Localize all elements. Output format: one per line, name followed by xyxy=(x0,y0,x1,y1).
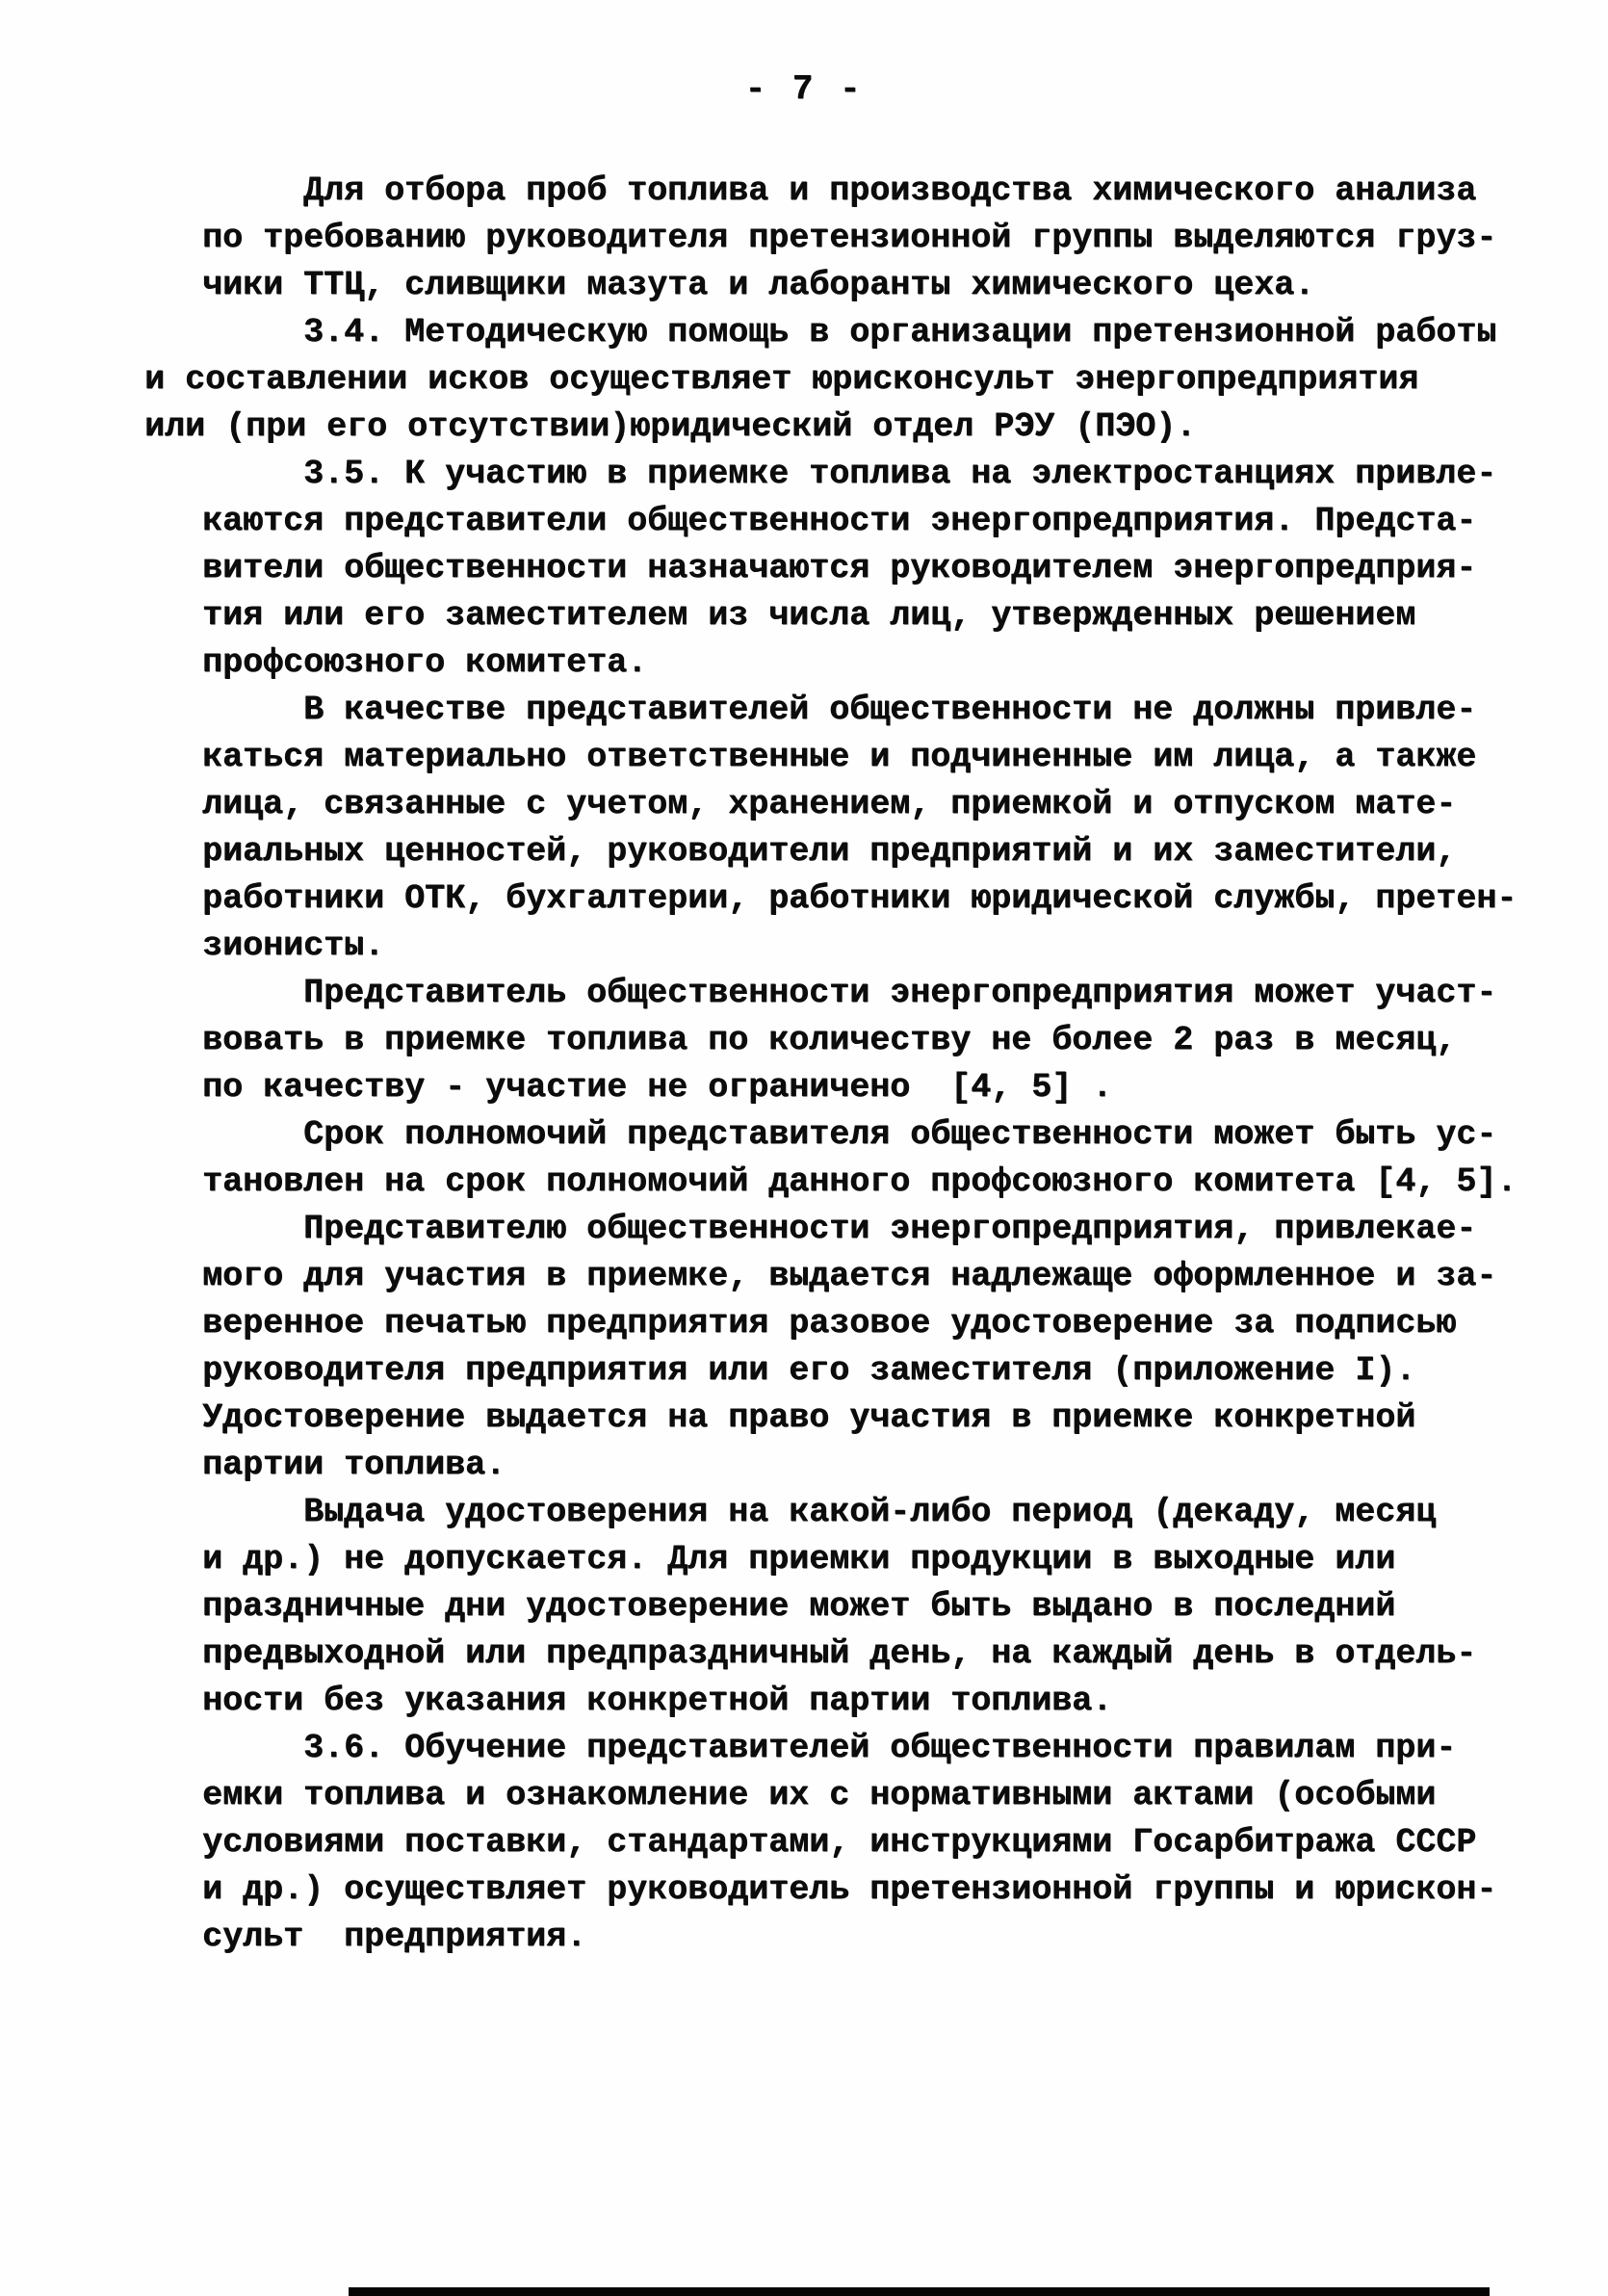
text-line: предвыходной или предпраздничный день, н… xyxy=(202,1631,1569,1678)
text-line: 3.4. Методическую помощь в организации п… xyxy=(202,309,1569,356)
text-line: руководителя предприятия или его замести… xyxy=(202,1347,1569,1395)
text-line: вовать в приемке топлива по количеству н… xyxy=(202,1017,1569,1064)
text-line: и составлении исков осуществляет юрискон… xyxy=(144,356,1569,404)
text-line: тановлен на срок полномочий данного проф… xyxy=(202,1159,1569,1206)
text-line: Срок полномочий представителя общественн… xyxy=(202,1111,1569,1159)
text-line: профсоюзного комитета. xyxy=(202,639,1569,687)
text-line: по качеству - участие не ограничено [4, … xyxy=(202,1064,1569,1111)
text-line: риальных ценностей, руководители предпри… xyxy=(202,828,1569,875)
text-line: емки топлива и ознакомление их с нормати… xyxy=(202,1772,1569,1819)
text-line: ности без указания конкретной партии топ… xyxy=(202,1678,1569,1725)
text-line: вители общественности назначаются руково… xyxy=(202,545,1569,592)
text-line: 3.6. Обучение представителей общественно… xyxy=(202,1725,1569,1772)
text-line: работники ОТК, бухгалтерии, работники юр… xyxy=(202,875,1569,923)
text-line: Представитель общественности энергопредп… xyxy=(202,970,1569,1017)
text-line: и др.) осуществляет руководитель претенз… xyxy=(202,1866,1569,1914)
text-line: Выдача удостоверения на какой-либо перио… xyxy=(202,1489,1569,1536)
text-line: тия или его заместителем из числа лиц, у… xyxy=(202,592,1569,639)
text-line: партии топлива. xyxy=(202,1442,1569,1489)
text-line: условиями поставки, стандартами, инструк… xyxy=(202,1819,1569,1866)
text-line: Удостоверение выдается на право участия … xyxy=(202,1395,1569,1442)
text-line: каться материально ответственные и подчи… xyxy=(202,734,1569,781)
text-line: чики ТТЦ, сливщики мазута и лаборанты хи… xyxy=(202,262,1569,309)
text-line: или (при его отсутствии)юридический отде… xyxy=(144,404,1569,451)
text-line: каются представители общественности энер… xyxy=(202,498,1569,545)
page-number: - 7 - xyxy=(0,69,1608,109)
text-line: по требованию руководителя претензионной… xyxy=(202,215,1569,262)
text-line: Для отбора проб топлива и производства х… xyxy=(202,168,1569,215)
text-line: лица, связанные с учетом, хранением, при… xyxy=(202,781,1569,828)
text-line: праздничные дни удостоверение может быть… xyxy=(202,1583,1569,1631)
text-line: сульт предприятия. xyxy=(202,1914,1569,1961)
text-line: и др.) не допускается. Для приемки проду… xyxy=(202,1536,1569,1583)
scan-artifact-bar xyxy=(349,2287,1490,2296)
text-line: мого для участия в приемке, выдается над… xyxy=(202,1253,1569,1300)
document-page: - 7 - Для отбора проб топлива и производ… xyxy=(0,0,1608,2296)
text-block: Для отбора проб топлива и производства х… xyxy=(202,168,1569,1961)
text-line: 3.5. К участию в приемке топлива на элек… xyxy=(202,451,1569,498)
text-line: веренное печатью предприятия разовое удо… xyxy=(202,1300,1569,1347)
text-line: В качестве представителей общественности… xyxy=(202,687,1569,734)
text-line: зионисты. xyxy=(202,923,1569,970)
text-line: Представителю общественности энергопредп… xyxy=(202,1206,1569,1253)
